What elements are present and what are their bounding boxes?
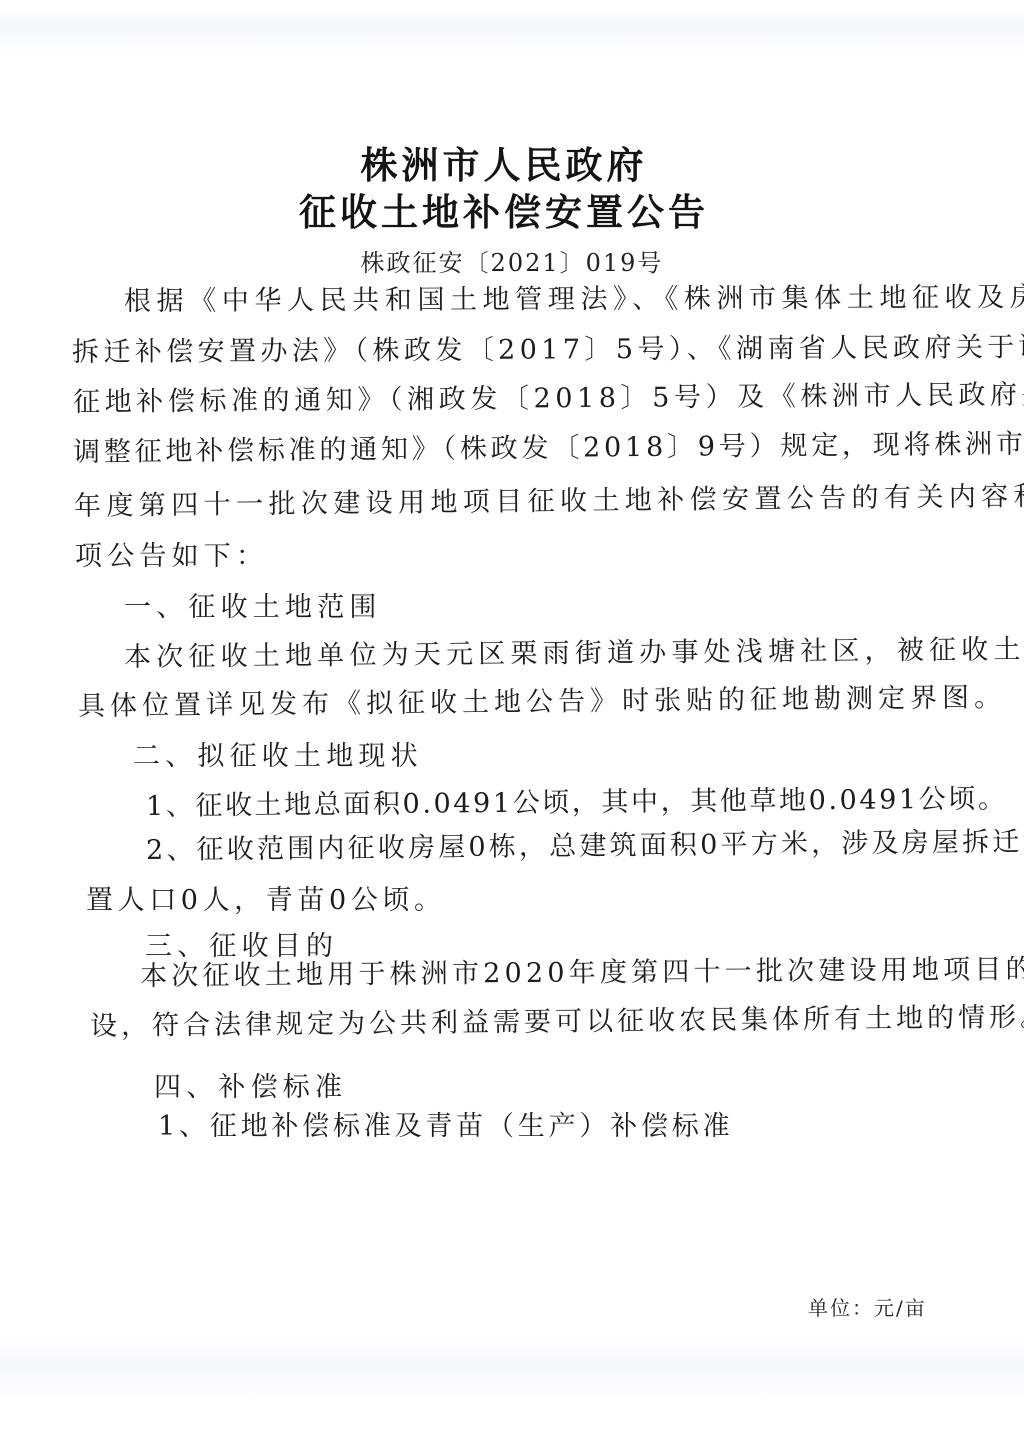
body-paragraph-line: 本次征收土地用于株洲市2020年度第四十一批次建设用地项目的建 [140, 947, 1024, 993]
body-paragraph-line: 拆迁补偿安置办法》（株政发〔2017〕5号）、《湖南省人民政府关于调整 [72, 325, 1024, 369]
section-heading-1: 一、征收土地范围 [124, 585, 382, 624]
body-paragraph-line: 根据《中华人民共和国土地管理法》、《株洲市集体土地征收及房屋 [124, 275, 1024, 318]
body-paragraph-line: 置人口0人，青苗0公顷。 [86, 878, 446, 917]
subsection-heading: 1、征地补偿标准及青苗（生产）补偿标准 [158, 1104, 733, 1143]
body-paragraph-line: 征地补偿标准的通知》（湘政发〔2018〕5号）及《株洲市人民政府关于 [73, 372, 1024, 419]
section-heading-4: 四、补偿标准 [154, 1065, 347, 1104]
body-paragraph-line: 1、征收土地总面积0.0491公顷，其中，其他草地0.0491公顷。 [146, 776, 1008, 823]
body-paragraph-line: 项公告如下： [75, 534, 268, 573]
document-number: 株政征安〔2021〕019号 [0, 243, 1024, 278]
body-paragraph-line: 本次征收土地单位为天元区栗雨街道办事处浅塘社区，被征收土地 [124, 627, 1024, 674]
page-title-subject: 征收土地补偿安置公告 [0, 182, 1016, 236]
scan-artifact-bottom [0, 1340, 1024, 1400]
section-heading-2: 二、拟征收土地现状 [133, 734, 423, 773]
page-title-issuer: 株洲市人民政府 [0, 135, 1016, 189]
scan-artifact-top [0, 8, 1024, 58]
body-paragraph-line: 具体位置详见发布《拟征收土地公告》时张贴的征地勘测定界图。 [78, 675, 1006, 723]
table-unit-label: 单位：元/亩 [808, 1292, 927, 1321]
body-paragraph-line: 年度第四十一批次建设用地项目征收土地补偿安置公告的有关内容和事 [74, 473, 1024, 523]
body-paragraph-line: 设，符合法律规定为公共利益需要可以征收农民集体所有土地的情形。 [90, 995, 1024, 1043]
body-paragraph-line: 调整征地补偿标准的通知》（株政发〔2018〕9号）规定，现将株洲市2020 [73, 421, 1024, 469]
body-paragraph-line: 2、征收范围内征收房屋0栋，总建筑面积0平方米，涉及房屋拆迁安 [146, 819, 1024, 867]
